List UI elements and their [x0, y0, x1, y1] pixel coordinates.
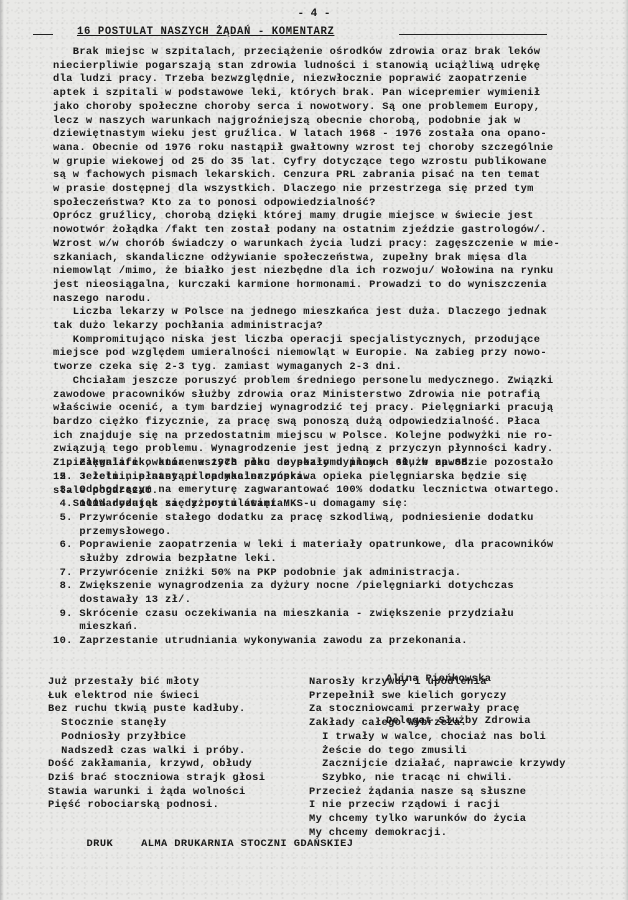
document-title: 16 POSTULAT NASZYCH ŻĄDAŃ - KOMENTARZ	[77, 26, 334, 38]
body-line: wana. Obecnie od 1976 roku nastąpił gwał…	[53, 142, 613, 156]
demand-item-continuation: mieszkań.	[53, 621, 613, 635]
demand-number: 7.	[53, 567, 73, 579]
body-line: Liczba lekarzy w Polsce na jednego miesz…	[53, 306, 613, 320]
body-line: lecz w naszych warunkach najgroźniejszą …	[53, 115, 613, 129]
demand-text: 100% dodatek za dyżury i święta.	[79, 498, 290, 510]
title-rule-right	[399, 34, 547, 35]
body-line: naszego narodu.	[53, 293, 613, 307]
demand-text: służby zdrowia bezpłatne leki.	[79, 553, 277, 565]
body-line: ich znajduje się na przedostatnim miejsc…	[53, 430, 613, 444]
poem-line: I nie przeciw rządowi i racji	[309, 799, 566, 813]
demand-text: 3 letni, płatny urlop macierzyński.	[79, 471, 310, 483]
footer-print-label: DRUK	[87, 838, 114, 850]
demand-text: Przywrócenie zniżki 50% na PKP podobnie …	[79, 567, 461, 579]
demand-number: 10.	[53, 635, 73, 647]
body-line: Chciałam jeszcze poruszyć problem średni…	[53, 375, 613, 389]
poem-line: Dziś brać stoczniowa strajk głosi	[48, 772, 265, 786]
demand-text: Zwiększenie wynagrodzenia za dyżury nocn…	[79, 580, 514, 592]
body-line: nowotwór żołądka /fakt ten został podany…	[53, 224, 613, 238]
title-dash-left	[33, 34, 53, 35]
demand-text: Poprawienie zaopatrzenia w leki i materi…	[79, 539, 553, 551]
poem-right-column: Narosły krzywdy i upodleniaPrzepełnił sw…	[309, 676, 566, 840]
poem-line: Już przestały bić młoty	[48, 676, 265, 690]
body-line: właściwie ocenić, a tym bardziej wynagro…	[53, 402, 613, 416]
body-line: jako choroby społeczne choroby serca i n…	[53, 101, 613, 115]
demand-text: Przywrócenie stałego dodatku za pracę sz…	[79, 512, 533, 524]
demand-item: 5. Przywrócenie stałego dodatku za pracę…	[53, 512, 613, 526]
demand-item: 9. Skrócenie czasu oczekiwania na mieszk…	[53, 608, 613, 622]
demand-number: 3.	[53, 484, 73, 496]
poem-line: Przepełnił swe kielich goryczy	[309, 690, 566, 704]
poem-line: My chcemy tylko warunków do życia	[309, 813, 566, 827]
body-line: bardzo ciężko fizycznie, za pracę swą po…	[53, 416, 613, 430]
body-line: zawodowe pracowników służby zdrowia oraz…	[53, 389, 613, 403]
demand-number: 6.	[53, 539, 73, 551]
poem-line: Dość zakłamania, krzywd, obłudy	[48, 758, 265, 772]
body-line: niemowląt /mimo, że białko jest niezbędn…	[53, 265, 613, 279]
title-row: 16 POSTULAT NASZYCH ŻĄDAŃ - KOMENTARZ	[33, 26, 593, 42]
demand-number: 2.	[53, 471, 73, 483]
body-line: miejsce pod względem umieralności niemow…	[53, 347, 613, 361]
scan-edge-right	[624, 0, 628, 900]
scan-edge-left	[0, 0, 4, 900]
body-line: niecierpliwie pogarszają stan zdrowia lu…	[53, 60, 613, 74]
footer-printer-name: ALMA DRUKARNIA STOCZNI GDAŃSKIEJ	[141, 838, 353, 850]
demand-item: 2. 3 letni, płatny urlop macierzyński.	[53, 471, 613, 485]
body-line: Brak miejsc w szpitalach, przeciążenie o…	[53, 46, 613, 60]
demand-item: 8. Zwiększenie wynagrodzenia za dyżury n…	[53, 580, 613, 594]
demand-item-continuation: służby zdrowia bezpłatne leki.	[53, 553, 613, 567]
poem-line: Zakłady całego Wybrzeża.	[309, 717, 566, 731]
demand-item-continuation: przemysłowego.	[53, 526, 613, 540]
demand-item: 7. Przywrócenie zniżki 50% na PKP podobn…	[53, 567, 613, 581]
demand-text: Skrócenie czasu oczekiwania na mieszkani…	[79, 608, 514, 620]
body-line: aptek i szpitali w podstawowe leki, któr…	[53, 87, 613, 101]
poem-line: Podniosły przyłbice	[48, 731, 265, 745]
demand-item: 4. 100% dodatek za dyżury i święta.	[53, 498, 613, 512]
demand-text: dostawały 13 zł/.	[79, 594, 191, 606]
body-line: społeczeństwa? Kto za to ponosi odpowied…	[53, 197, 613, 211]
body-line: Kompromitująco niska jest liczba operacj…	[53, 334, 613, 348]
body-line: w grupie wiekowej od 25 do 35 lat. Cyfry…	[53, 156, 613, 170]
body-line: są w fachowych pismach lekarskich. Cenzu…	[53, 169, 613, 183]
typewritten-page: - 4 - 16 POSTULAT NASZYCH ŻĄDAŃ - KOMENT…	[0, 0, 628, 900]
body-line: jest nieosiągalna, kurczaki karmione hor…	[53, 279, 613, 293]
poem-line: Łuk elektrod nie świeci	[48, 690, 265, 704]
poem-line: Zacznijcie działać, naprawcie krzywdy	[309, 758, 566, 772]
demand-text: Odchodzącym na emeryturę zagwarantować 1…	[79, 484, 560, 496]
poem-left-column: Już przestały bić młotyŁuk elektrod nie …	[48, 676, 265, 813]
poem-line: Za stoczniowcami przerwały pracę	[309, 703, 566, 717]
demand-item: 3. Odchodzącym na emeryturę zagwarantowa…	[53, 484, 613, 498]
poem-line: Narosły krzywdy i upodlenia	[309, 676, 566, 690]
poem-line: Stawia warunki i żąda wolności	[48, 786, 265, 800]
demand-number: 8.	[53, 580, 73, 592]
demand-number: 4.	[53, 498, 73, 510]
poem-line: I trwały w walce, chociaż nas boli	[309, 731, 566, 745]
printer-footer: DRUKALMA DRUKARNIA STOCZNI GDAŃSKIEJ	[60, 826, 353, 862]
demand-number: 5.	[53, 512, 73, 524]
demand-text: mieszkań.	[79, 621, 138, 633]
demand-number: 1.	[53, 457, 73, 469]
demand-item: 6. Poprawienie zaopatrzenia w leki i mat…	[53, 539, 613, 553]
body-line: dziewiętnastym wieku jest gruźlica. W la…	[53, 128, 613, 142]
demand-text: przemysłowego.	[79, 526, 171, 538]
poem-line: Przecież żądania nasze są słuszne	[309, 786, 566, 800]
poem-line: Pięść robociarską podnosi.	[48, 799, 265, 813]
poem-line: Nadszedł czas walki i próby.	[48, 745, 265, 759]
body-line: szkaniach, skandaliczne odżywianie społe…	[53, 252, 613, 266]
body-line: dla ludzi pracy. Trzeba bezwzględnie, ni…	[53, 73, 613, 87]
demand-item-continuation: dostawały 13 zł/.	[53, 594, 613, 608]
body-line: Oprócz gruźlicy, chorobą dzięki której m…	[53, 210, 613, 224]
demand-number: 9.	[53, 608, 73, 620]
demand-item: 1. Zakwalifikowania naszych płac do pozi…	[53, 457, 613, 471]
poem-line: Bez ruchu tkwią puste kadłuby.	[48, 703, 265, 717]
commentary-body: Brak miejsc w szpitalach, przeciążenie o…	[53, 46, 613, 512]
body-line: tworze czeka się 2-3 tyg. zamiast wymaga…	[53, 361, 613, 375]
demand-text: Zakwalifikowania naszych płac do poziomu…	[79, 457, 474, 469]
poem-line: Szybko, nie tracąc ni chwili.	[309, 772, 566, 786]
poem-line: Stocznie stanęły	[48, 717, 265, 731]
body-line: w prasie dostępnej dla wszystkich. Dlacz…	[53, 183, 613, 197]
body-line: Wzrost w/w chorób świadczy o warunkach ż…	[53, 238, 613, 252]
demands-list: 1. Zakwalifikowania naszych płac do pozi…	[53, 457, 613, 649]
page-number: - 4 -	[0, 8, 628, 20]
body-line: tak dużo lekarzy pochłania administracja…	[53, 320, 613, 334]
body-line: związują tego problemu. Wynagrodzenie je…	[53, 443, 613, 457]
poem-line: Żeście do tego zmusili	[309, 745, 566, 759]
